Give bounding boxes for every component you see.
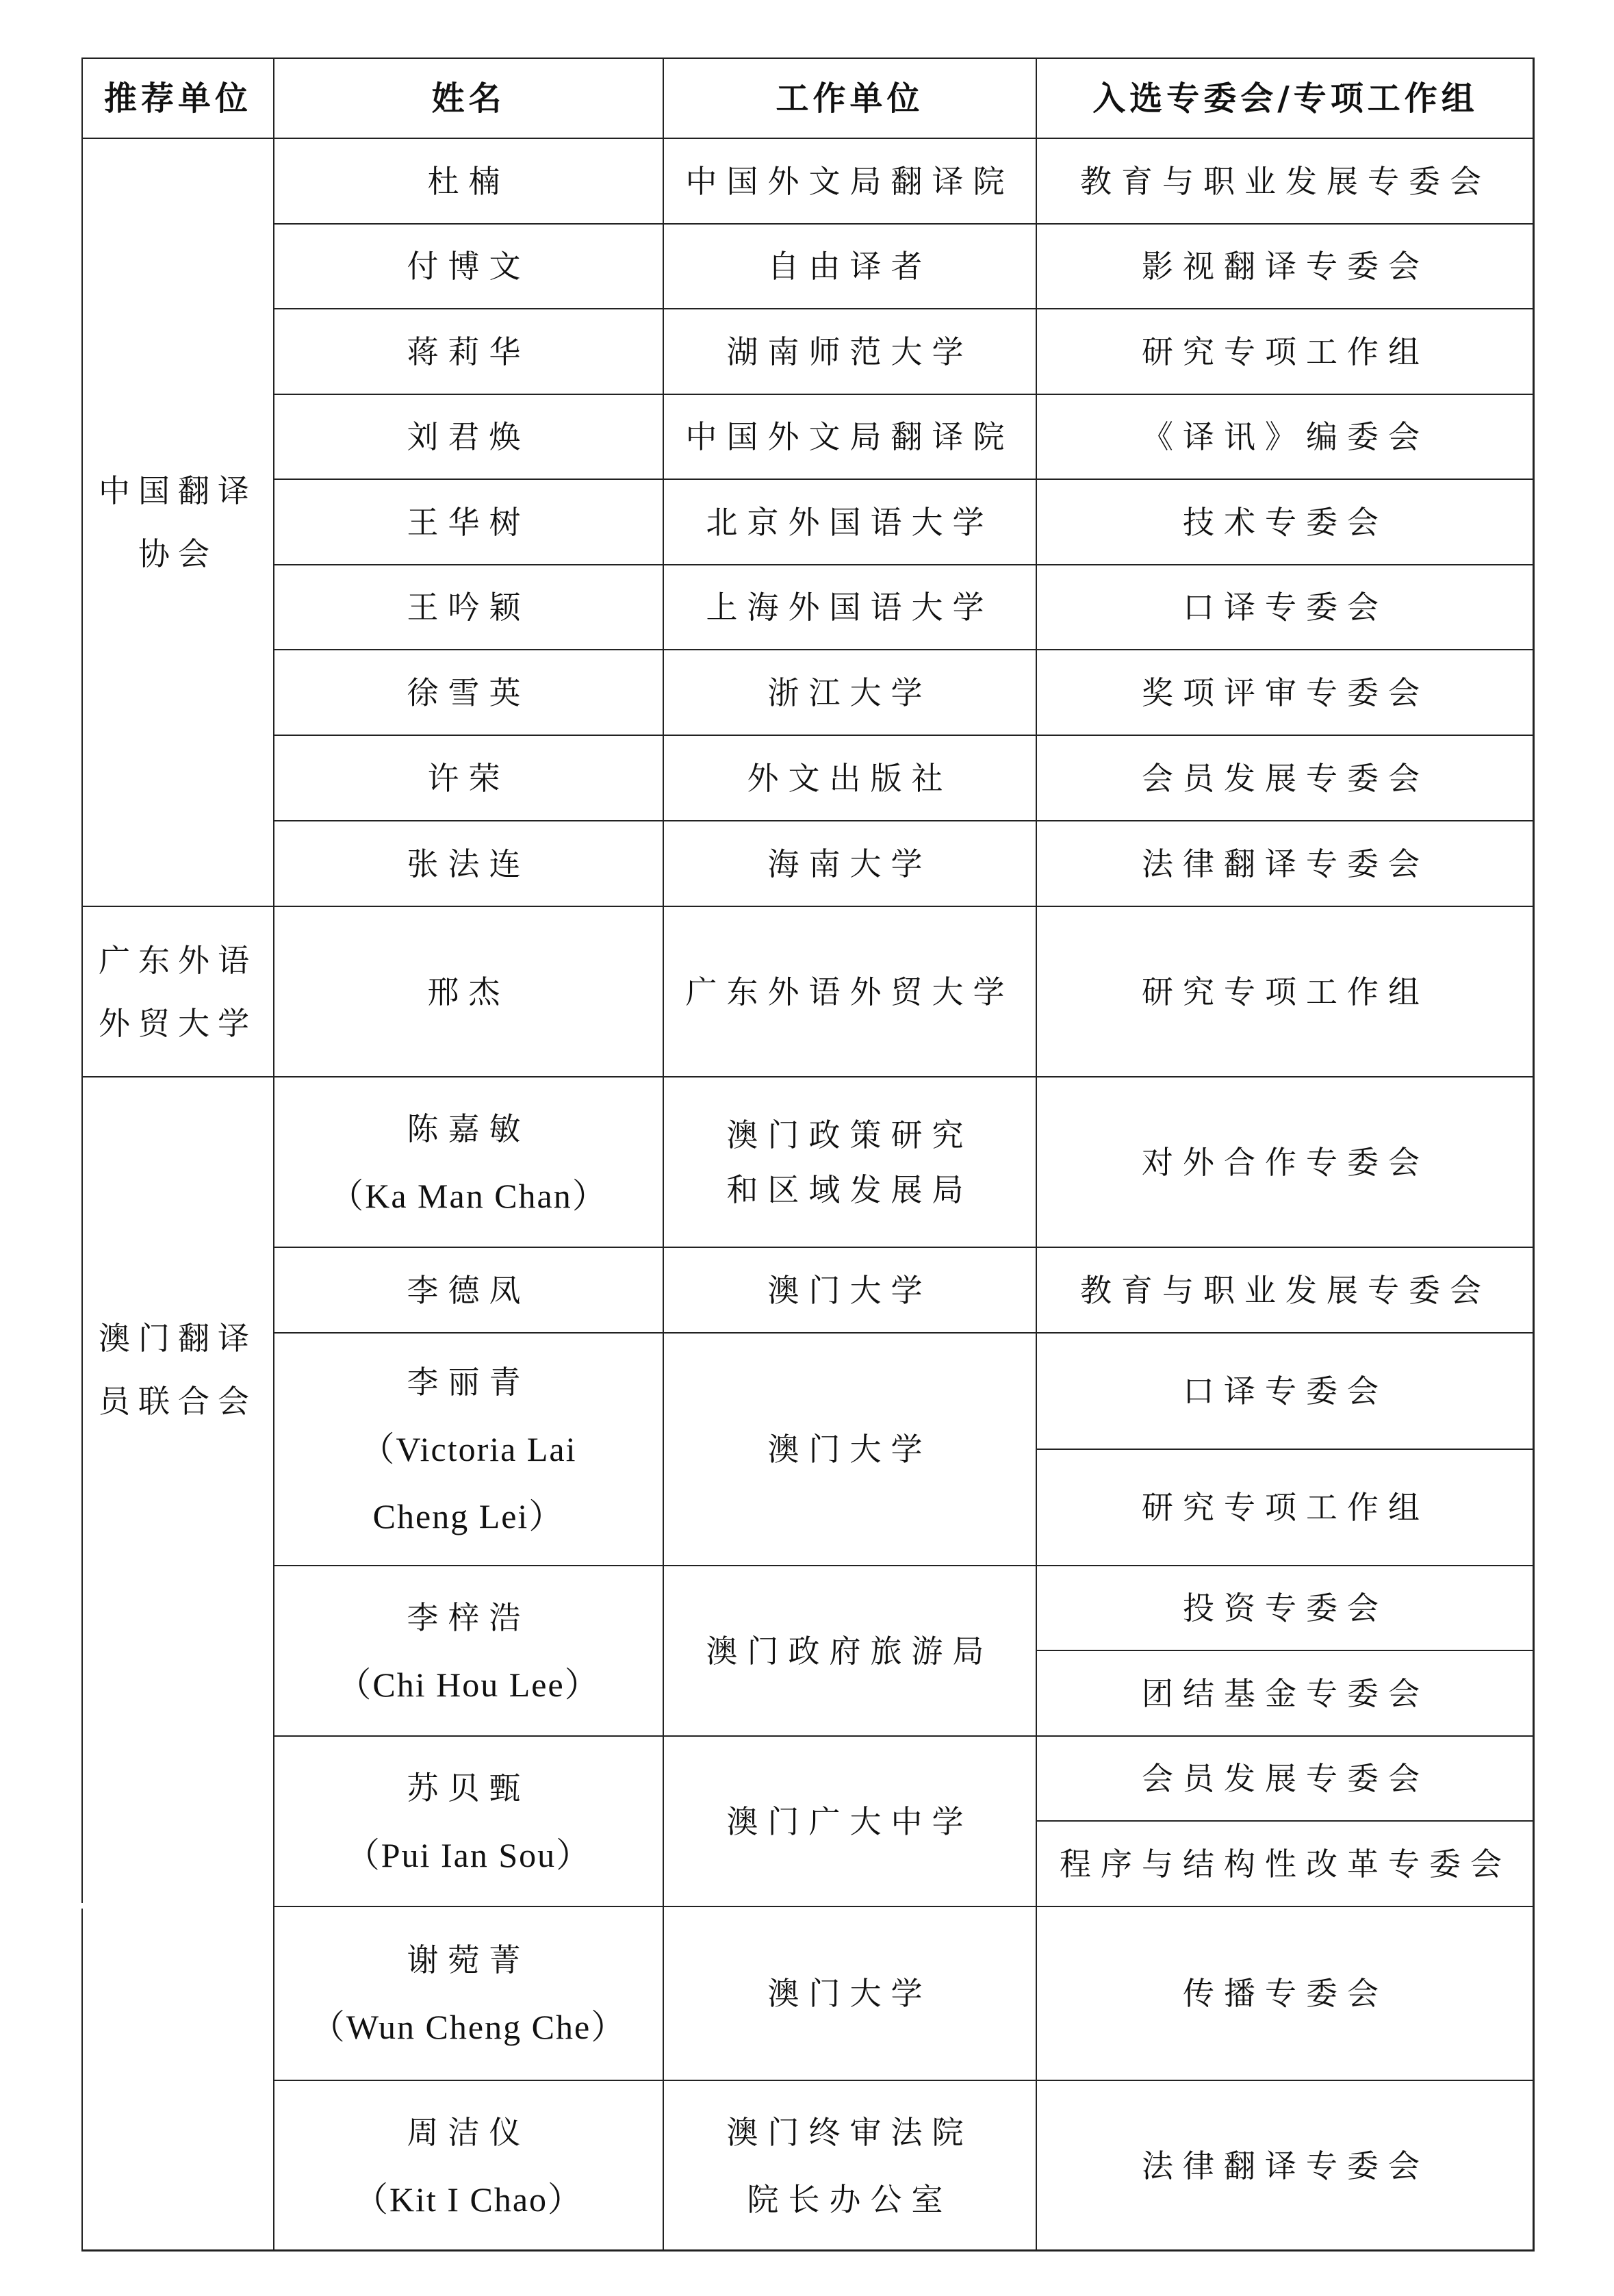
committee-cell: 传播专委会 <box>1036 1906 1534 2080</box>
member-committee: 奖项评审专委会 <box>1142 659 1429 726</box>
member-employer: 澳门大学 <box>768 1416 932 1483</box>
member-employer: 外文出版社 <box>747 745 953 812</box>
member-name-romanized: （Victoria Lai <box>361 1416 577 1483</box>
name-cell: 张法连 <box>273 820 663 906</box>
member-name: 李梓浩 <box>407 1584 530 1651</box>
name-cell: 谢菀菁 （Wun Cheng Che） <box>273 1906 663 2080</box>
table-bottom-border <box>81 2249 1535 2252</box>
committee-cell: 研究专项工作组 <box>1036 906 1534 1076</box>
name-cell: 徐雪英 <box>273 649 663 735</box>
member-committee: 研究专项工作组 <box>1142 1474 1429 1541</box>
member-name: 王吟颖 <box>407 574 530 641</box>
committee-members-table: 推荐单位 姓名 工作单位 入选专委会/专项工作组 中国翻译 协会 杜楠 中国外文… <box>0 0 1614 2296</box>
member-committee: 口译专委会 <box>1183 574 1388 641</box>
member-employer: 北京外国语大学 <box>706 489 994 556</box>
committee-cell: 奖项评审专委会 <box>1036 649 1534 735</box>
member-name-romanized: （Ka Man Chan） <box>329 1162 608 1229</box>
name-cell: 李德凤 <box>273 1247 663 1332</box>
member-name: 刘君焕 <box>407 403 530 470</box>
header-recommender: 推荐单位 <box>81 58 273 138</box>
member-name: 杜楠 <box>428 148 510 215</box>
name-cell: 李梓浩 （Chi Hou Lee） <box>273 1565 663 1735</box>
employer-cell: 浙江大学 <box>663 649 1036 735</box>
committee-cell: 口译专委会 <box>1036 1332 1534 1449</box>
name-cell: 刘君焕 <box>273 394 663 479</box>
employer-cell: 中国外文局翻译院 <box>663 394 1036 479</box>
name-cell: 杜楠 <box>273 138 663 223</box>
member-employer: 上海外国语大学 <box>706 574 994 641</box>
member-committee: 口译专委会 <box>1183 1357 1388 1425</box>
committee-cell: 《译讯》编委会 <box>1036 394 1534 479</box>
member-name: 张法连 <box>407 830 530 897</box>
member-name: 许荣 <box>428 745 510 812</box>
name-cell: 苏贝甄 （Pui Ian Sou） <box>273 1735 663 1906</box>
member-committee: 研究专项工作组 <box>1142 318 1429 385</box>
table-right-border <box>1533 58 1535 2252</box>
committee-cell: 法律翻译专委会 <box>1036 2080 1534 2250</box>
member-committee: 程序与结构性改革专委会 <box>1060 1831 1511 1898</box>
employer-cell: 澳门广大中学 <box>663 1735 1036 1906</box>
member-employer: 广东外语外贸大学 <box>686 958 1014 1025</box>
committee-cell: 研究专项工作组 <box>1036 1449 1534 1565</box>
member-committee: 传播专委会 <box>1183 1960 1388 2027</box>
recommender-line: 协会 <box>138 522 218 585</box>
border-gap <box>80 1903 84 1909</box>
member-committee: 投资专委会 <box>1183 1574 1388 1642</box>
recommender-line: 中国翻译 <box>99 459 257 522</box>
committee-cell: 投资专委会 <box>1036 1565 1534 1650</box>
employer-cell: 澳门终审法院 院长办公室 <box>663 2080 1036 2250</box>
name-cell: 王吟颖 <box>273 564 663 649</box>
member-name: 徐雪英 <box>407 659 530 726</box>
committee-cell: 技术专委会 <box>1036 479 1534 564</box>
committee-cell: 法律翻译专委会 <box>1036 820 1534 906</box>
member-employer: 自由译者 <box>768 233 932 300</box>
name-cell: 陈嘉敏 （Ka Man Chan） <box>273 1076 663 1247</box>
member-name-romanized: （Wun Cheng Che） <box>311 1993 626 2061</box>
member-employer: 澳门终审法院 <box>727 2099 973 2166</box>
member-committee: 对外合作专委会 <box>1142 1129 1429 1196</box>
header-employer-label: 工作单位 <box>776 65 923 132</box>
employer-cell: 湖南师范大学 <box>663 308 1036 394</box>
committee-cell: 团结基金专委会 <box>1036 1650 1534 1735</box>
member-name-romanized: （Chi Hou Lee） <box>337 1651 600 1718</box>
member-employer: 澳门广大中学 <box>727 1788 973 1855</box>
member-committee: 会员发展专委会 <box>1142 745 1429 812</box>
committee-cell: 对外合作专委会 <box>1036 1076 1534 1247</box>
name-cell: 周洁仪 （Kit I Chao） <box>273 2080 663 2250</box>
employer-cell: 中国外文局翻译院 <box>663 138 1036 223</box>
member-name: 付博文 <box>407 233 530 300</box>
member-committee: 法律翻译专委会 <box>1142 2132 1429 2199</box>
member-name: 谢菀菁 <box>407 1926 530 1993</box>
member-employer: 湖南师范大学 <box>727 318 973 385</box>
name-cell: 付博文 <box>273 223 663 308</box>
name-cell: 蒋莉华 <box>273 308 663 394</box>
member-committee: 法律翻译专委会 <box>1142 830 1429 897</box>
member-committee: 教育与职业发展专委会 <box>1080 1257 1491 1324</box>
name-cell: 李丽青 （Victoria Lai Cheng Lei） <box>273 1332 663 1565</box>
member-committee: 会员发展专委会 <box>1142 1745 1429 1812</box>
member-employer: 澳门大学 <box>768 1960 932 2027</box>
member-name: 邢杰 <box>428 958 510 1025</box>
member-name-romanized: （Pui Ian Sou） <box>346 1822 591 1889</box>
member-name: 蒋莉华 <box>407 318 530 385</box>
member-employer: 海南大学 <box>768 830 932 897</box>
member-name-romanized: （Kit I Chao） <box>354 2166 583 2233</box>
member-committee: 影视翻译专委会 <box>1142 233 1429 300</box>
member-employer: 澳门政策研究 <box>727 1108 973 1162</box>
employer-cell: 外文出版社 <box>663 735 1036 820</box>
recommender-line: 广东外语 <box>99 929 257 992</box>
member-employer: 中国外文局翻译院 <box>686 403 1014 470</box>
header-committee: 入选专委会/专项工作组 <box>1036 58 1534 138</box>
committee-cell: 教育与职业发展专委会 <box>1036 1247 1534 1332</box>
header-committee-label: 入选专委会/专项工作组 <box>1092 65 1478 132</box>
member-name-romanized: Cheng Lei） <box>373 1483 565 1550</box>
employer-cell: 澳门政策研究 和区域发展局 <box>663 1076 1036 1247</box>
member-name: 李德凤 <box>407 1257 530 1324</box>
committee-cell: 口译专委会 <box>1036 564 1534 649</box>
member-employer: 院长办公室 <box>747 2166 953 2233</box>
name-cell: 邢杰 <box>273 906 663 1076</box>
recommender-cell-2: 澳门翻译 员联合会 <box>81 1076 273 2250</box>
member-employer: 澳门政府旅游局 <box>706 1618 994 1685</box>
committee-cell: 研究专项工作组 <box>1036 308 1534 394</box>
recommender-cell-1: 广东外语 外贸大学 <box>81 906 273 1076</box>
member-name: 苏贝甄 <box>407 1755 530 1822</box>
member-name: 王华树 <box>407 489 530 556</box>
employer-cell: 自由译者 <box>663 223 1036 308</box>
member-committee: 《译讯》编委会 <box>1142 403 1429 470</box>
committee-cell: 会员发展专委会 <box>1036 735 1534 820</box>
employer-cell: 澳门大学 <box>663 1332 1036 1565</box>
committee-cell: 影视翻译专委会 <box>1036 223 1534 308</box>
committee-cell: 教育与职业发展专委会 <box>1036 138 1534 223</box>
name-cell: 王华树 <box>273 479 663 564</box>
member-name: 周洁仪 <box>407 2099 530 2166</box>
employer-cell: 北京外国语大学 <box>663 479 1036 564</box>
recommender-line: 外贸大学 <box>99 992 257 1055</box>
employer-cell: 澳门大学 <box>663 1247 1036 1332</box>
employer-cell: 上海外国语大学 <box>663 564 1036 649</box>
employer-cell: 广东外语外贸大学 <box>663 906 1036 1076</box>
committee-cell: 程序与结构性改革专委会 <box>1036 1820 1534 1906</box>
member-name: 陈嘉敏 <box>407 1095 530 1162</box>
recommender-cell-0: 中国翻译 协会 <box>81 138 273 906</box>
employer-cell: 澳门政府旅游局 <box>663 1565 1036 1735</box>
recommender-line: 员联合会 <box>99 1370 257 1433</box>
header-name: 姓名 <box>273 58 663 138</box>
member-committee: 技术专委会 <box>1183 489 1388 556</box>
name-cell: 许荣 <box>273 735 663 820</box>
member-employer: 澳门大学 <box>768 1257 932 1324</box>
member-employer: 浙江大学 <box>768 659 932 726</box>
member-employer: 中国外文局翻译院 <box>686 148 1014 215</box>
member-committee: 团结基金专委会 <box>1142 1660 1429 1727</box>
member-committee: 教育与职业发展专委会 <box>1080 148 1491 215</box>
member-name: 李丽青 <box>407 1349 530 1416</box>
member-employer: 和区域发展局 <box>727 1162 973 1217</box>
header-name-label: 姓名 <box>431 65 505 132</box>
member-committee: 研究专项工作组 <box>1142 958 1429 1025</box>
employer-cell: 海南大学 <box>663 820 1036 906</box>
committee-cell: 会员发展专委会 <box>1036 1735 1534 1820</box>
header-recommender-label: 推荐单位 <box>104 65 252 132</box>
employer-cell: 澳门大学 <box>663 1906 1036 2080</box>
header-employer: 工作单位 <box>663 58 1036 138</box>
recommender-line: 澳门翻译 <box>99 1307 257 1370</box>
